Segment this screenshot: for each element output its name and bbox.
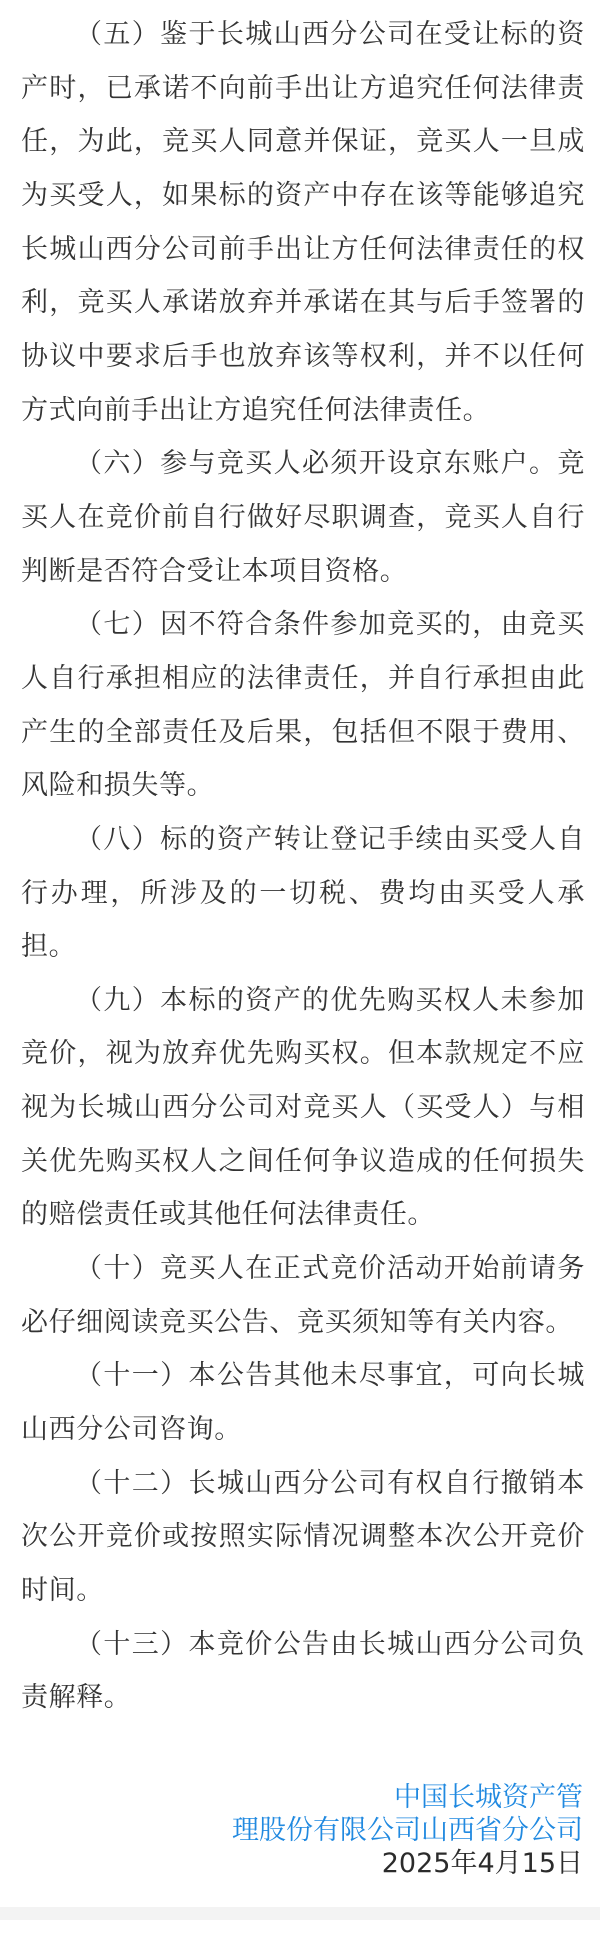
clause-9: （九）本标的资产的优先购买权人未参加竞价，视为放弃优先购买权。但本款规定不应视为… bbox=[21, 974, 585, 1242]
signature-block: 中国长城资产管 理股份有限公司山西省分公司 2025年4月15日 bbox=[232, 1781, 583, 1880]
clause-13: （十三）本竞价公告由长城山西分公司负责解释。 bbox=[21, 1618, 585, 1725]
signature-date: 2025年4月15日 bbox=[232, 1847, 583, 1880]
signature-org-line-2[interactable]: 理股份有限公司山西省分公司 bbox=[232, 1814, 583, 1847]
section-divider bbox=[0, 1907, 600, 1920]
clause-10: （十）竞买人在正式竞价活动开始前请务必仔细阅读竞买公告、竞买须知等有关内容。 bbox=[21, 1242, 585, 1349]
clause-11: （十一）本公告其他未尽事宜，可向长城山西分公司咨询。 bbox=[21, 1349, 585, 1456]
signature-org-line-1[interactable]: 中国长城资产管 bbox=[232, 1781, 583, 1814]
clause-5: （五）鉴于长城山西分公司在受让标的资产时，已承诺不向前手出让方追究任何法律责任，… bbox=[21, 8, 585, 437]
clause-7: （七）因不符合条件参加竞买的，由竞买人自行承担相应的法律责任，并自行承担由此产生… bbox=[21, 598, 585, 813]
clause-8: （八）标的资产转让登记手续由买受人自行办理，所涉及的一切税、费均由买受人承担。 bbox=[21, 813, 585, 974]
clause-12: （十二）长城山西分公司有权自行撤销本次公开竞价或按照实际情况调整本次公开竞价时间… bbox=[21, 1457, 585, 1618]
announcement-body: （五）鉴于长城山西分公司在受让标的资产时，已承诺不向前手出让方追究任何法律责任，… bbox=[21, 8, 585, 1725]
clause-6: （六）参与竞买人必须开设京东账户。竞买人在竞价前自行做好尽职调查，竞买人自行判断… bbox=[21, 437, 585, 598]
